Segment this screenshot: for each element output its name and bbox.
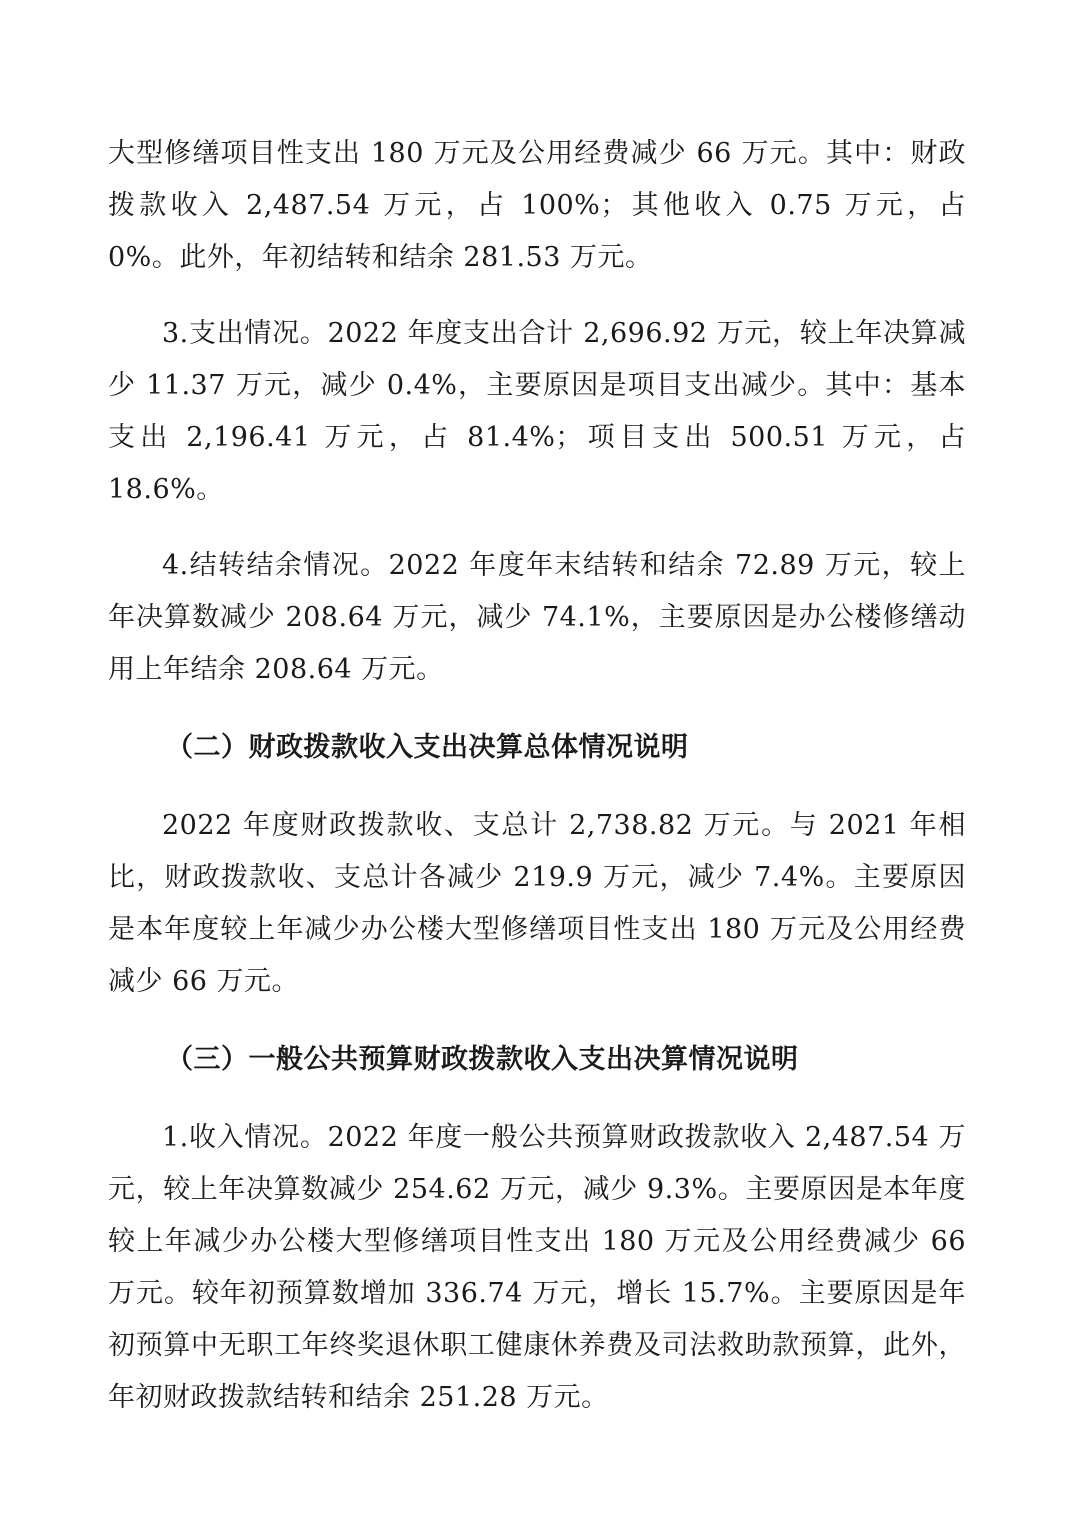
paragraph-carryover: 4.结转结余情况。2022 年度年末结转和结余 72.89 万元，较上年决算数减… [108,540,966,696]
paragraph-expenditure: 3.支出情况。2022 年度支出合计 2,696.92 万元，较上年决算减少 1… [108,308,966,516]
document-page: 大型修缮项目性支出 180 万元及公用经费减少 66 万元。其中：财政拨款收入 … [108,128,966,1424]
paragraph-general-budget-income: 1.收入情况。2022 年度一般公共预算财政拨款收入 2,487.54 万元，较… [108,1112,966,1424]
section-heading-general-budget: （三）一般公共预算财政拨款收入支出决算情况说明 [108,1034,966,1086]
paragraph-fiscal-overall: 2022 年度财政拨款收、支总计 2,738.82 万元。与 2021 年相比，… [108,800,966,1008]
section-heading-fiscal-overall: （二）财政拨款收入支出决算总体情况说明 [108,722,966,774]
paragraph-income-continuation: 大型修缮项目性支出 180 万元及公用经费减少 66 万元。其中：财政拨款收入 … [108,128,966,284]
